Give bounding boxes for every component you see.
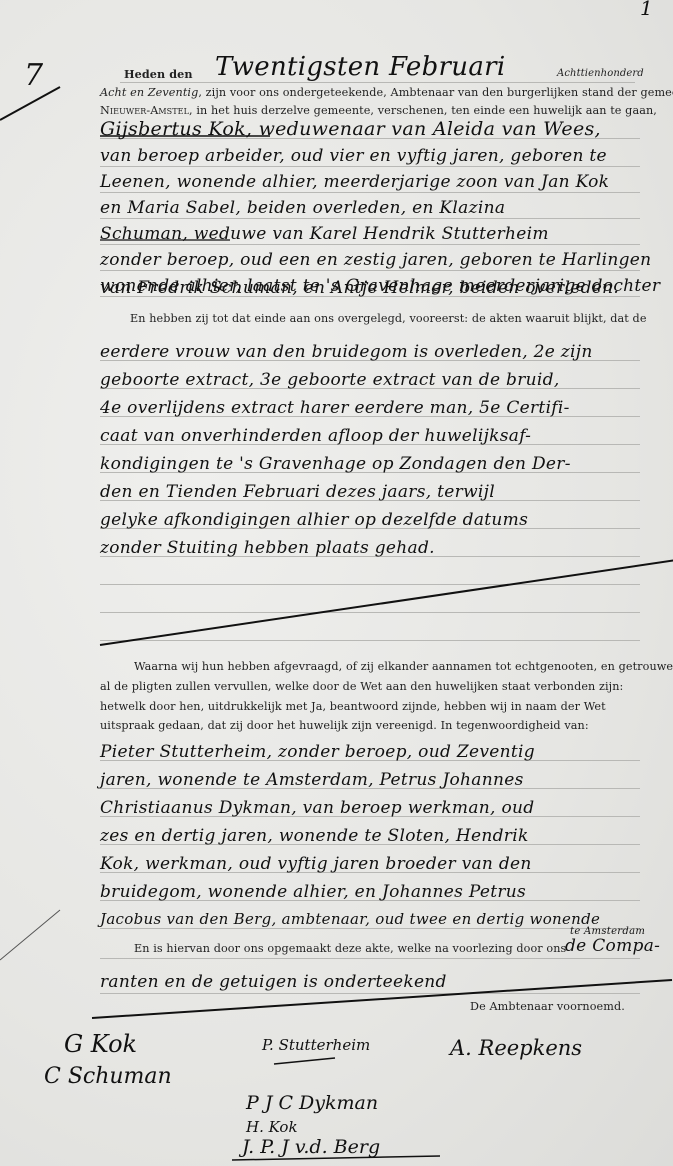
underline-icon: [274, 1058, 335, 1064]
cancel-stroke-icon: [92, 980, 672, 1018]
underline-icon: [232, 1156, 440, 1160]
margin-stroke-icon: [0, 910, 60, 960]
cancel-stroke-icon: [100, 558, 673, 645]
cancellation-strokes: [0, 0, 673, 1166]
certificate-page: 7 1 Heden den Twentigsten Februari Achtt…: [0, 0, 673, 1166]
margin-stroke-icon: [0, 87, 60, 120]
